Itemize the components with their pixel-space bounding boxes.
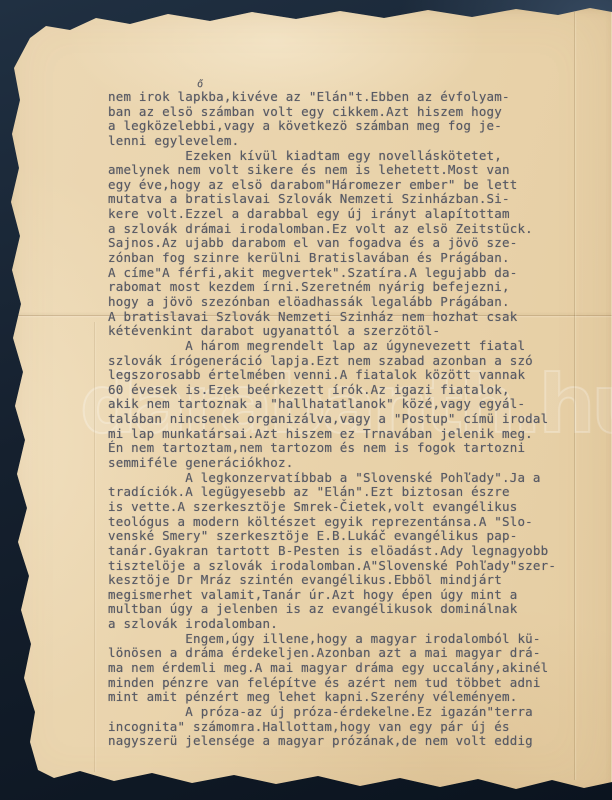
text-line: tisztelöje a szlovák irodalomban.A"Slove… xyxy=(108,559,578,574)
text-line: tradíciók.A legügyesebb az "Elán".Ezt bi… xyxy=(108,485,578,500)
text-line: lönösen a dráma érdekeljen.Azonban azt a… xyxy=(108,646,578,661)
text-line: hogy a jövö szezónban elöadhassák legalá… xyxy=(108,295,578,310)
text-line: nem irok lapkba,kivéve az "Elán"t.Ebben … xyxy=(108,90,578,105)
text-line: a szlovák drámai irodalomban.Ez volt az … xyxy=(108,222,578,237)
text-line: incognita" számomra.Hallottam,hogy van e… xyxy=(108,720,578,735)
text-line: is vette.A szerkesztöje Smrek-Čietek,vol… xyxy=(108,500,578,515)
text-line: multban úgy a jelenben is az evangélikus… xyxy=(108,602,578,617)
text-line: szlovák írógeneráció lapja.Ezt nem szaba… xyxy=(108,354,578,369)
text-line: Én nem tartoztam,nem tartozom és nem is … xyxy=(108,441,578,456)
text-line: rabomat most kezdem írni.Szeretném nyári… xyxy=(108,280,578,295)
text-line: teológus a modern költészet egyik reprez… xyxy=(108,515,578,530)
text-line: zónban fog szinre kerülni Bratislavában … xyxy=(108,251,578,266)
paper-sheet: darabanth.hu nem irok lapkba,kivéve az "… xyxy=(0,0,612,800)
typewritten-text: nem irok lapkba,kivéve az "Elán"t.Ebben … xyxy=(108,90,578,749)
text-line: A próza-az új próza-érdekelne.Ez igazán"… xyxy=(108,705,578,720)
text-line: talában nincsenek organizálva,vagy a "Po… xyxy=(108,412,578,427)
text-line: mint amit pénzért meg lehet kapni.Szerén… xyxy=(108,690,578,705)
text-line: A legkonzervatíbbab a "Slovenské Pohľady… xyxy=(108,471,578,486)
text-line: megismerhet valamit,Tanár úr.Azt hogy ép… xyxy=(108,588,578,603)
text-line: A bratislavai Szlovák Nemzeti Szinház ne… xyxy=(108,310,578,325)
text-line: tanár.Gyakran tartott B-Pesten is elöadá… xyxy=(108,544,578,559)
text-line: a szlovák irodalomban. xyxy=(108,617,578,632)
text-line: ma nem érdemli meg.A mai magyar dráma eg… xyxy=(108,661,578,676)
text-line: Sajnos.Az ujabb darabom el van fogadva é… xyxy=(108,236,578,251)
text-line: Engem,úgy illene,hogy a magyar irodalomb… xyxy=(108,632,578,647)
text-line: nagyszerü jelensége a magyar prózának,de… xyxy=(108,734,578,749)
text-line: 60 évesek is.Ezek beérkezett írók.Az iga… xyxy=(108,383,578,398)
text-line: akik nem tartoznak a "hallhatatlanok" kö… xyxy=(108,397,578,412)
text-line: mutatva a bratislavai Szlovák Nemzeti Sz… xyxy=(108,192,578,207)
text-line: kere volt.Ezzel a darabbal egy új irányt… xyxy=(108,207,578,222)
text-line: kétévenkint darabot ugyanattól a szerzöt… xyxy=(108,324,578,339)
text-line: lenni egylevelem. xyxy=(108,134,578,149)
text-line: minden pénzre van felépítve és azért nem… xyxy=(108,676,578,691)
text-line: semmiféle generációkhoz. xyxy=(108,456,578,471)
text-line: legszorosabb értelmében venni.A fiatalok… xyxy=(108,368,578,383)
text-line: Ezeken kívül kiadtam egy novelláskötetet… xyxy=(108,149,578,164)
text-line: amelynek nem volt sikere és nem is lehet… xyxy=(108,163,578,178)
text-line: a legközelebbi,vagy a következö számban … xyxy=(108,119,578,134)
vertical-fold-crease-left xyxy=(94,322,95,772)
text-line: ban az elsö számban volt egy cikkem.Azt … xyxy=(108,105,578,120)
text-line: venské Smery" szerkesztöje E.B.Lukáč eva… xyxy=(108,529,578,544)
text-line: kesztöje Dr Mráz szintén evangélikus.Ebb… xyxy=(108,573,578,588)
text-line: egy éve,hogy az elsö darabom"Háromezer e… xyxy=(108,178,578,193)
text-line: A címe"A férfi,akit megvertek".Szatíra.A… xyxy=(108,266,578,281)
text-line: A három megrendelt lap az úgynevezett fi… xyxy=(108,339,578,354)
